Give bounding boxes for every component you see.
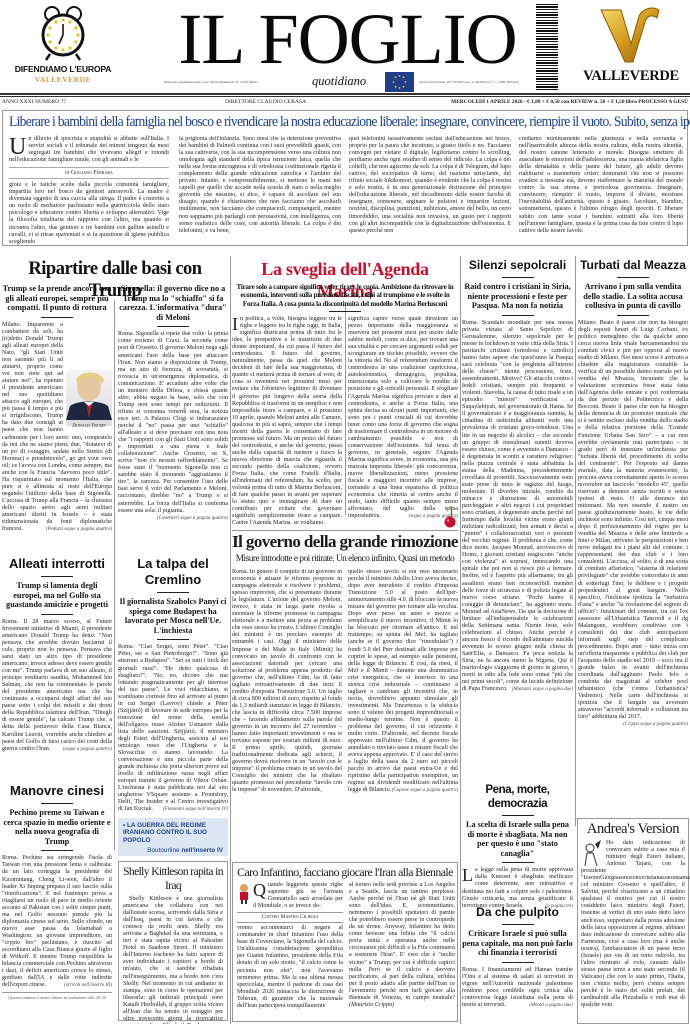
alarm-clock-eu-stars-icon — [38, 4, 88, 62]
alleati-article: Alleati interrotti Trump si lamenta degl… — [2, 556, 112, 753]
quill-writer-icon — [581, 840, 603, 866]
editorial-headline[interactable]: Liberare i bambini della famiglia nel bo… — [9, 114, 658, 131]
dropcap: U — [9, 137, 26, 157]
meazza-article: Turbati dal Meazza Arrivano i pm sulla v… — [578, 258, 688, 844]
editorial-col2: la prigionia dell'infanzia. Sono mesi ch… — [179, 136, 341, 244]
cherry-icon — [443, 506, 457, 528]
divider — [114, 300, 115, 850]
rimozione-col2: quello stesso tavolo si era reso necessa… — [348, 569, 458, 799]
photo-caption: Donald Trump — [66, 423, 112, 430]
valleverde-logo[interactable]: VALLEVERDE — [575, 2, 687, 90]
right-brand: VALLEVERDE — [575, 68, 687, 85]
masthead-address: Redazione e Amministrazione: Corso Vitto… — [164, 80, 312, 84]
rimozione-col1: Roma. In genere il compito di un governo… — [232, 569, 342, 799]
silenzi-headline[interactable]: Silenzi sepolcrali — [462, 258, 573, 273]
date-price: MERCOLEDÌ 1 APRILE 2026 - € 1,80 + € 0,5… — [451, 99, 688, 105]
shelly-headline[interactable]: Shelly Kittleson rapita in Iraq — [123, 865, 223, 893]
divider — [345, 305, 346, 515]
quotidiano-label: quotidiano — [312, 74, 366, 89]
trump-left: Trump se la prende ancora con gli alleat… — [2, 284, 112, 533]
iran-insert-box[interactable]: • LA GUERRA DEL REGIME IRANIANO CONTRO I… — [118, 818, 228, 856]
masthead-rule-thin — [0, 96, 690, 97]
alleati-headline[interactable]: Alleati interrotti — [2, 556, 112, 572]
golden-v-icon — [597, 4, 663, 64]
manovre-headline[interactable]: Manovre cinesi — [2, 783, 112, 799]
trump-right: Sigonella: il governo dice no a Trump ma… — [118, 284, 228, 522]
difendiamo-tagline: DIFENDIAMO L'EUROPA — [4, 64, 122, 74]
infantino-headline[interactable]: Caro Infantino, facciano giocare l'Iran … — [235, 865, 455, 879]
marina-col2: significa capire verso quale direzione u… — [348, 316, 458, 524]
issue-number: ANNO XXXI NUMERO 77 — [2, 99, 66, 105]
eu-flag-icon — [385, 72, 414, 92]
meazza-headline[interactable]: Turbati dal Meazza — [578, 258, 688, 273]
infantino-article: Caro Infantino, facciano giocare l'Iran … — [232, 862, 458, 1022]
masthead: DIFENDIAMO L'EUROPA VALLEVERDE IL FOGLIO… — [0, 0, 690, 92]
pulpito-headline[interactable]: Da che pulpito — [462, 905, 573, 920]
marina-col1: In politica, a volte, bisogna leggere tr… — [232, 316, 342, 524]
trump-photo: Donald Trump — [66, 370, 112, 426]
manovre-article: Manovre cinesi Pechino preme su Taiwan e… — [2, 783, 112, 1000]
postal-info: Sped. in Abb. Postale - DL 353/2003 Conv… — [419, 80, 534, 84]
silenzi-article: Silenzi sepolcrali Raid contro i cristia… — [462, 258, 573, 706]
editorial-col1: Un diluvio di ipocrisia e stupidità si a… — [9, 136, 169, 246]
editorial-col4: crediamo minimamente nella giustezza e n… — [519, 136, 683, 244]
trump-portrait-icon — [66, 370, 112, 420]
divider — [575, 256, 576, 826]
andrea-version-box: Andrea's Version Ho dato indicazione di … — [577, 818, 689, 1024]
newspaper-title[interactable]: IL FOGLIO — [160, 2, 535, 76]
shelly-article: Shelly Kittleson rapita in Iraq Shelly K… — [118, 861, 228, 1021]
talpa-headline[interactable]: La talpa del Cremlino — [118, 556, 228, 588]
director: DIRETTORE CLAUDIO CERASA — [225, 99, 306, 105]
masthead-rule — [0, 93, 690, 95]
editorial-box: Liberare i bambini della famiglia nel bo… — [2, 110, 688, 246]
marina-sub: Tirare solo a campare significa voler ti… — [232, 283, 458, 308]
barcode — [536, 4, 558, 90]
pinocchio-cartoon-icon — [237, 882, 251, 904]
talpa-article: La talpa del Cremlino Il giornalista Sza… — [118, 556, 228, 814]
infantino-byline: Contro Mastro Ciliegia — [237, 912, 343, 923]
divider — [460, 256, 461, 1024]
info-bar: ANNO XXXI NUMERO 77 DIRETTORE CLAUDIO CE… — [0, 98, 690, 107]
editorial-byline: di Giuliano Ferrara — [9, 167, 169, 179]
pulpito-article: Da che pulpito Criticare Israele si può … — [462, 905, 573, 1009]
difendiamo-europa-logo[interactable]: DIFENDIAMO L'EUROPA VALLEVERDE — [4, 2, 122, 86]
editorial-col3: quei telefonini tassativamente esclusi d… — [349, 136, 511, 244]
rimozione-headline[interactable]: Il governo della grande rimozione — [232, 532, 458, 552]
divider — [230, 256, 231, 1024]
closing-note: Questo numero è stato chiuso in redazion… — [2, 992, 112, 1000]
pena-headline[interactable]: Pena, morte, democrazia — [462, 783, 573, 811]
iran-box-author: Boutourline — [147, 847, 179, 854]
iran-box-where: nell'inserto IV — [181, 847, 223, 854]
pena-article: Pena, morte, democrazia La scelta di Isr… — [462, 783, 573, 910]
andrea-headline[interactable]: Andrea's Version — [581, 821, 685, 838]
left-brand: VALLEVERDE — [4, 75, 122, 84]
rimozione-sub: Misure introdotte e poi ritirate. Un ele… — [232, 554, 458, 565]
iran-box-label: • LA GUERRA DEL REGIME IRANIANO CONTRO I… — [123, 822, 223, 844]
